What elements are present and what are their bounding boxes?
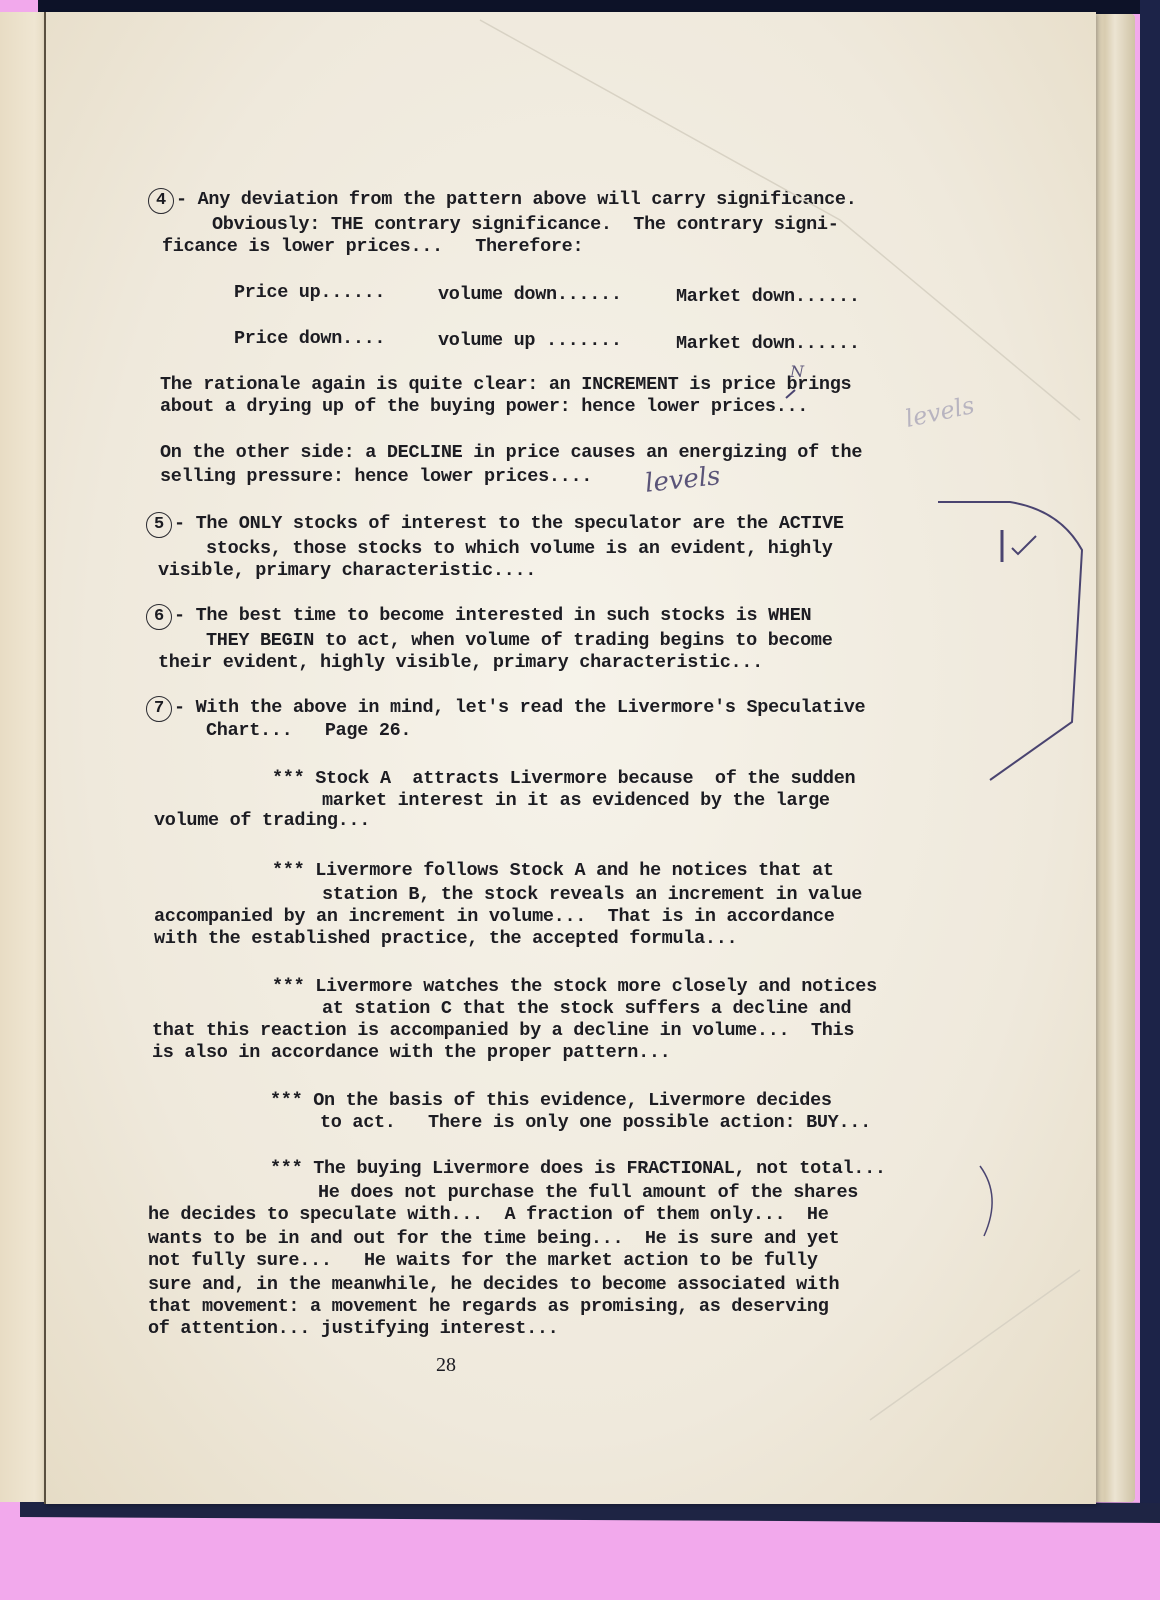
margin-bracket-icon [938,502,1082,780]
insertion-mark-icon [786,390,795,398]
pen-marks [0,0,1160,1600]
margin-paren-icon [980,1166,992,1236]
checkmark-icon [1002,530,1036,562]
paper-crease-icon [480,20,1080,1420]
